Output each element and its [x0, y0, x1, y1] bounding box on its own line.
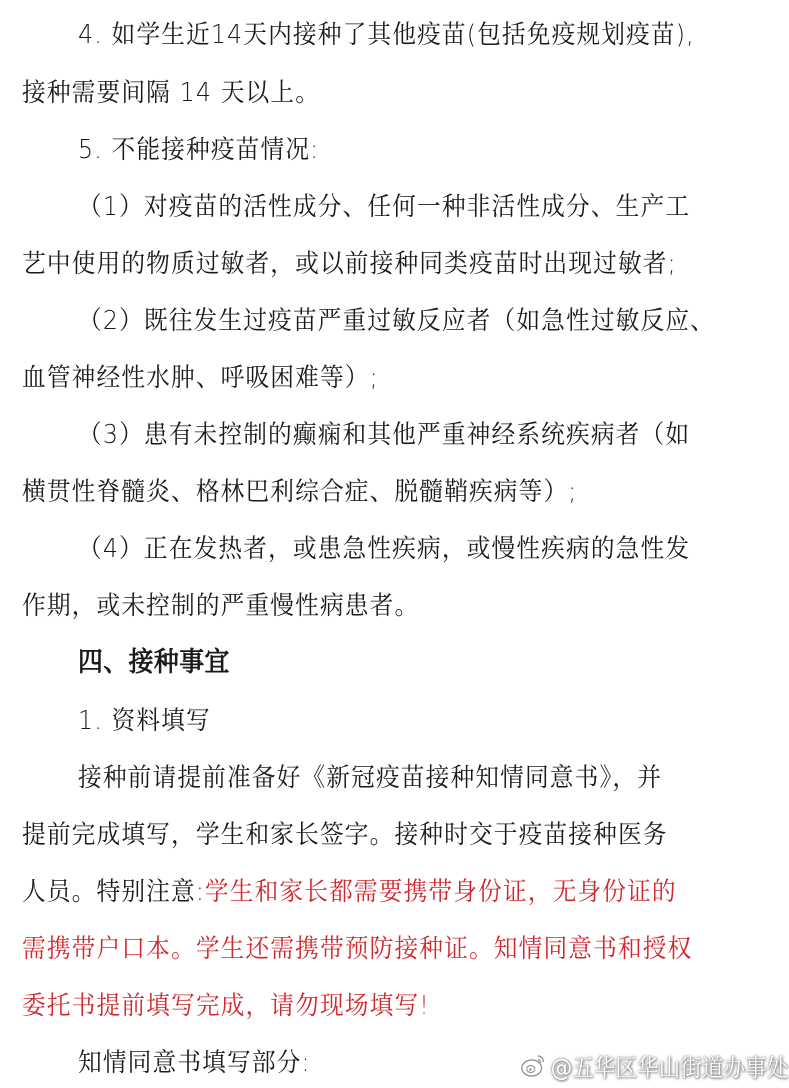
- weibo-icon: [520, 1052, 547, 1078]
- item-5-2-line-2: 血管神经性水肿、呼吸困难等）;: [22, 361, 379, 395]
- document-page: 4. 如学生近14天内接种了其他疫苗(包括免疫规划疫苗), 接种需要间隔 14 …: [0, 0, 789, 1088]
- item-5-4-line-2: 作期，或未控制的严重慢性病患者。: [22, 589, 419, 623]
- item-5-heading: 5. 不能接种疫苗情况:: [78, 133, 319, 167]
- instructions-line-2: 提前完成填写，学生和家长签字。接种时交于疫苗接种医务: [22, 818, 668, 852]
- item-5-4-line-1: （4）正在发热者，或患急性疾病，或慢性疾病的急性发: [78, 532, 690, 566]
- item-5-1-line-2: 艺中使用的物质过敏者，或以前接种同类疫苗时出现过敏者;: [22, 247, 677, 281]
- instructions-line-5: 委托书提前填写完成，请勿现场填写!: [22, 989, 430, 1023]
- consent-form-label: 知情同意书填写部分:: [78, 1046, 311, 1080]
- item-4-line-1: 4. 如学生近14天内接种了其他疫苗(包括免疫规划疫苗),: [78, 18, 695, 52]
- item-5-2-line-1: （2）既往发生过疫苗严重过敏反应者（如急性过敏反应、: [78, 304, 715, 338]
- instructions-line-4: 需携带户口本。学生还需携带预防接种证。知情同意书和授权: [22, 932, 692, 966]
- notice-red-text: 学生和家长都需要携带身份证，无身份证的: [205, 877, 677, 907]
- item-5-3-line-2: 横贯性脊髓炎、格林巴利综合症、脱髓鞘疾病等）;: [22, 475, 577, 509]
- notice-label: 人员。特别注意:: [22, 877, 205, 907]
- item-4-line-2: 接种需要间隔 14 天以上。: [22, 76, 320, 110]
- instructions-line-1: 接种前请提前准备好《新冠疫苗接种知情同意书》，并: [78, 761, 662, 795]
- watermark-text: @五华区华山街道办事处: [551, 1048, 789, 1083]
- subsection-heading: 1. 资料填写: [78, 704, 211, 738]
- item-5-1-line-1: （1）对疫苗的活性成分、任何一种非活性成分、生产工: [78, 190, 690, 224]
- item-5-3-line-1: （3）患有未控制的癫痫和其他严重神经系统疾病者（如: [78, 418, 690, 452]
- watermark: @五华区华山街道办事处: [520, 1048, 788, 1082]
- section-heading: 四、接种事宜: [78, 646, 230, 680]
- instructions-line-3: 人员。特别注意:学生和家长都需要携带身份证，无身份证的: [22, 875, 677, 909]
